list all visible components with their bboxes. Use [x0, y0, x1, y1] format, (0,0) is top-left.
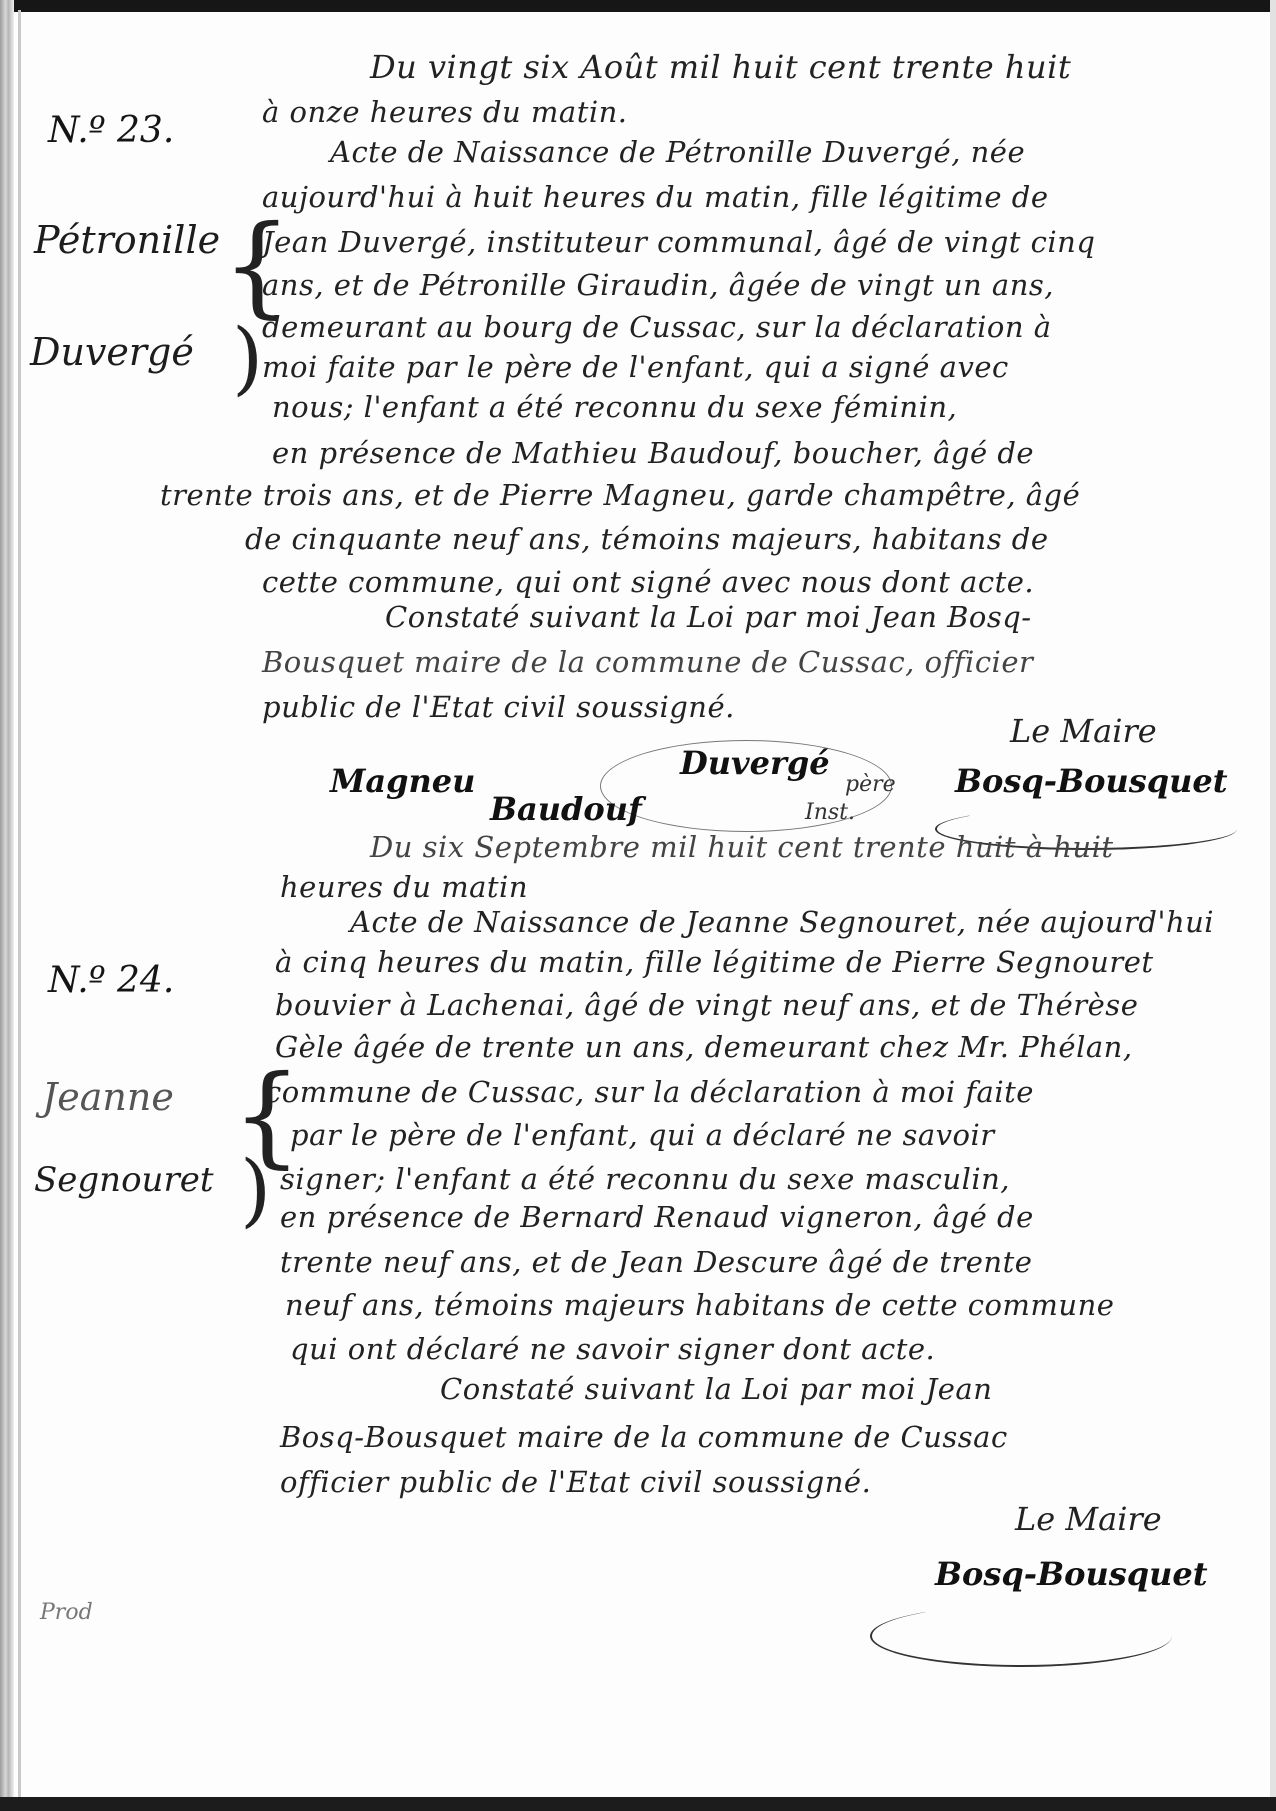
signature-witness: Baudouf [490, 790, 642, 828]
text-line: Gèle âgée de trente un ans, demeurant ch… [275, 1030, 1133, 1064]
page-margin-rule [18, 10, 21, 1800]
margin-first-name: Jeanne [42, 1075, 174, 1119]
text-line: demeurant au bourg de Cussac, sur la déc… [262, 310, 1052, 344]
margin-fragment: Prod [40, 1600, 93, 1625]
text-line: aujourd'hui à huit heures du matin, fill… [262, 180, 1049, 214]
signature-mayor: Bosq-Bousquet [935, 1555, 1208, 1593]
text-line: heures du matin [280, 870, 528, 904]
page-right-edge [1270, 0, 1276, 1811]
text-line: public de l'Etat civil soussigné. [262, 690, 735, 724]
father-note: père [845, 772, 896, 797]
text-line: Constaté suivant la Loi par moi Jean Bos… [385, 600, 1032, 634]
act-number: N.º 24. [48, 960, 174, 1001]
margin-surname: Segnouret [34, 1160, 213, 1200]
scan-bottom-edge [0, 1797, 1276, 1811]
text-line: de cinquante neuf ans, témoins majeurs, … [245, 522, 1049, 556]
text-line: à cinq heures du matin, fille légitime d… [275, 945, 1154, 979]
text-line: Du six Septembre mil huit cent trente hu… [370, 830, 1114, 864]
mayor-label: Le Maire [1015, 1500, 1162, 1538]
text-line: en présence de Bernard Renaud vigneron, … [280, 1200, 1034, 1234]
margin-surname: Duvergé [30, 330, 194, 374]
mayor-label: Le Maire [1010, 712, 1157, 750]
margin-brace: ) [232, 318, 263, 398]
text-line: nous; l'enfant a été reconnu du sexe fém… [272, 390, 957, 424]
text-line: à onze heures du matin. [262, 95, 628, 129]
text-line: cette commune, qui ont signé avec nous d… [262, 565, 1034, 599]
text-line: trente neuf ans, et de Jean Descure âgé … [280, 1245, 1032, 1279]
text-line: Du vingt six Août mil huit cent trente h… [370, 48, 1071, 86]
text-line: Acte de Naissance de Jeanne Segnouret, n… [350, 905, 1214, 939]
text-line: Bosq-Bousquet maire de la commune de Cus… [280, 1420, 1008, 1454]
text-line: ans, et de Pétronille Giraudin, âgée de … [262, 268, 1054, 302]
text-line: Constaté suivant la Loi par moi Jean [440, 1372, 992, 1406]
father-note-2: Inst. [805, 800, 855, 825]
signature-flourish [870, 1605, 1172, 1667]
text-line: Jean Duvergé, instituteur communal, âgé … [262, 225, 1095, 259]
text-line: par le père de l'enfant, qui a déclaré n… [290, 1118, 995, 1152]
text-line: bouvier à Lachenai, âgé de vingt neuf an… [275, 988, 1138, 1022]
text-line: officier public de l'Etat civil soussign… [280, 1465, 871, 1499]
scan-top-edge [0, 0, 1276, 12]
signature-father: Duvergé [680, 744, 830, 782]
text-line: trente trois ans, et de Pierre Magneu, g… [160, 478, 1080, 512]
text-line: signer; l'enfant a été reconnu du sexe m… [280, 1162, 1010, 1196]
text-line: Acte de Naissance de Pétronille Duvergé,… [330, 135, 1025, 169]
text-line: qui ont déclaré ne savoir signer dont ac… [290, 1332, 935, 1366]
signature-mayor: Bosq-Bousquet [955, 762, 1228, 800]
text-line: Bousquet maire de la commune de Cussac, … [262, 645, 1033, 679]
text-line: moi faite par le père de l'enfant, qui a… [262, 350, 1009, 384]
text-line: en présence de Mathieu Baudouf, boucher,… [272, 436, 1034, 470]
text-line: neuf ans, témoins majeurs habitans de ce… [285, 1288, 1114, 1322]
text-line: commune de Cussac, sur la déclaration à … [265, 1075, 1034, 1109]
margin-brace: ) [240, 1150, 271, 1230]
act-number: N.º 23. [48, 110, 174, 151]
signature-witness: Magneu [330, 762, 475, 800]
margin-first-name: Pétronille [34, 218, 220, 262]
page-binding-edge [0, 0, 14, 1811]
